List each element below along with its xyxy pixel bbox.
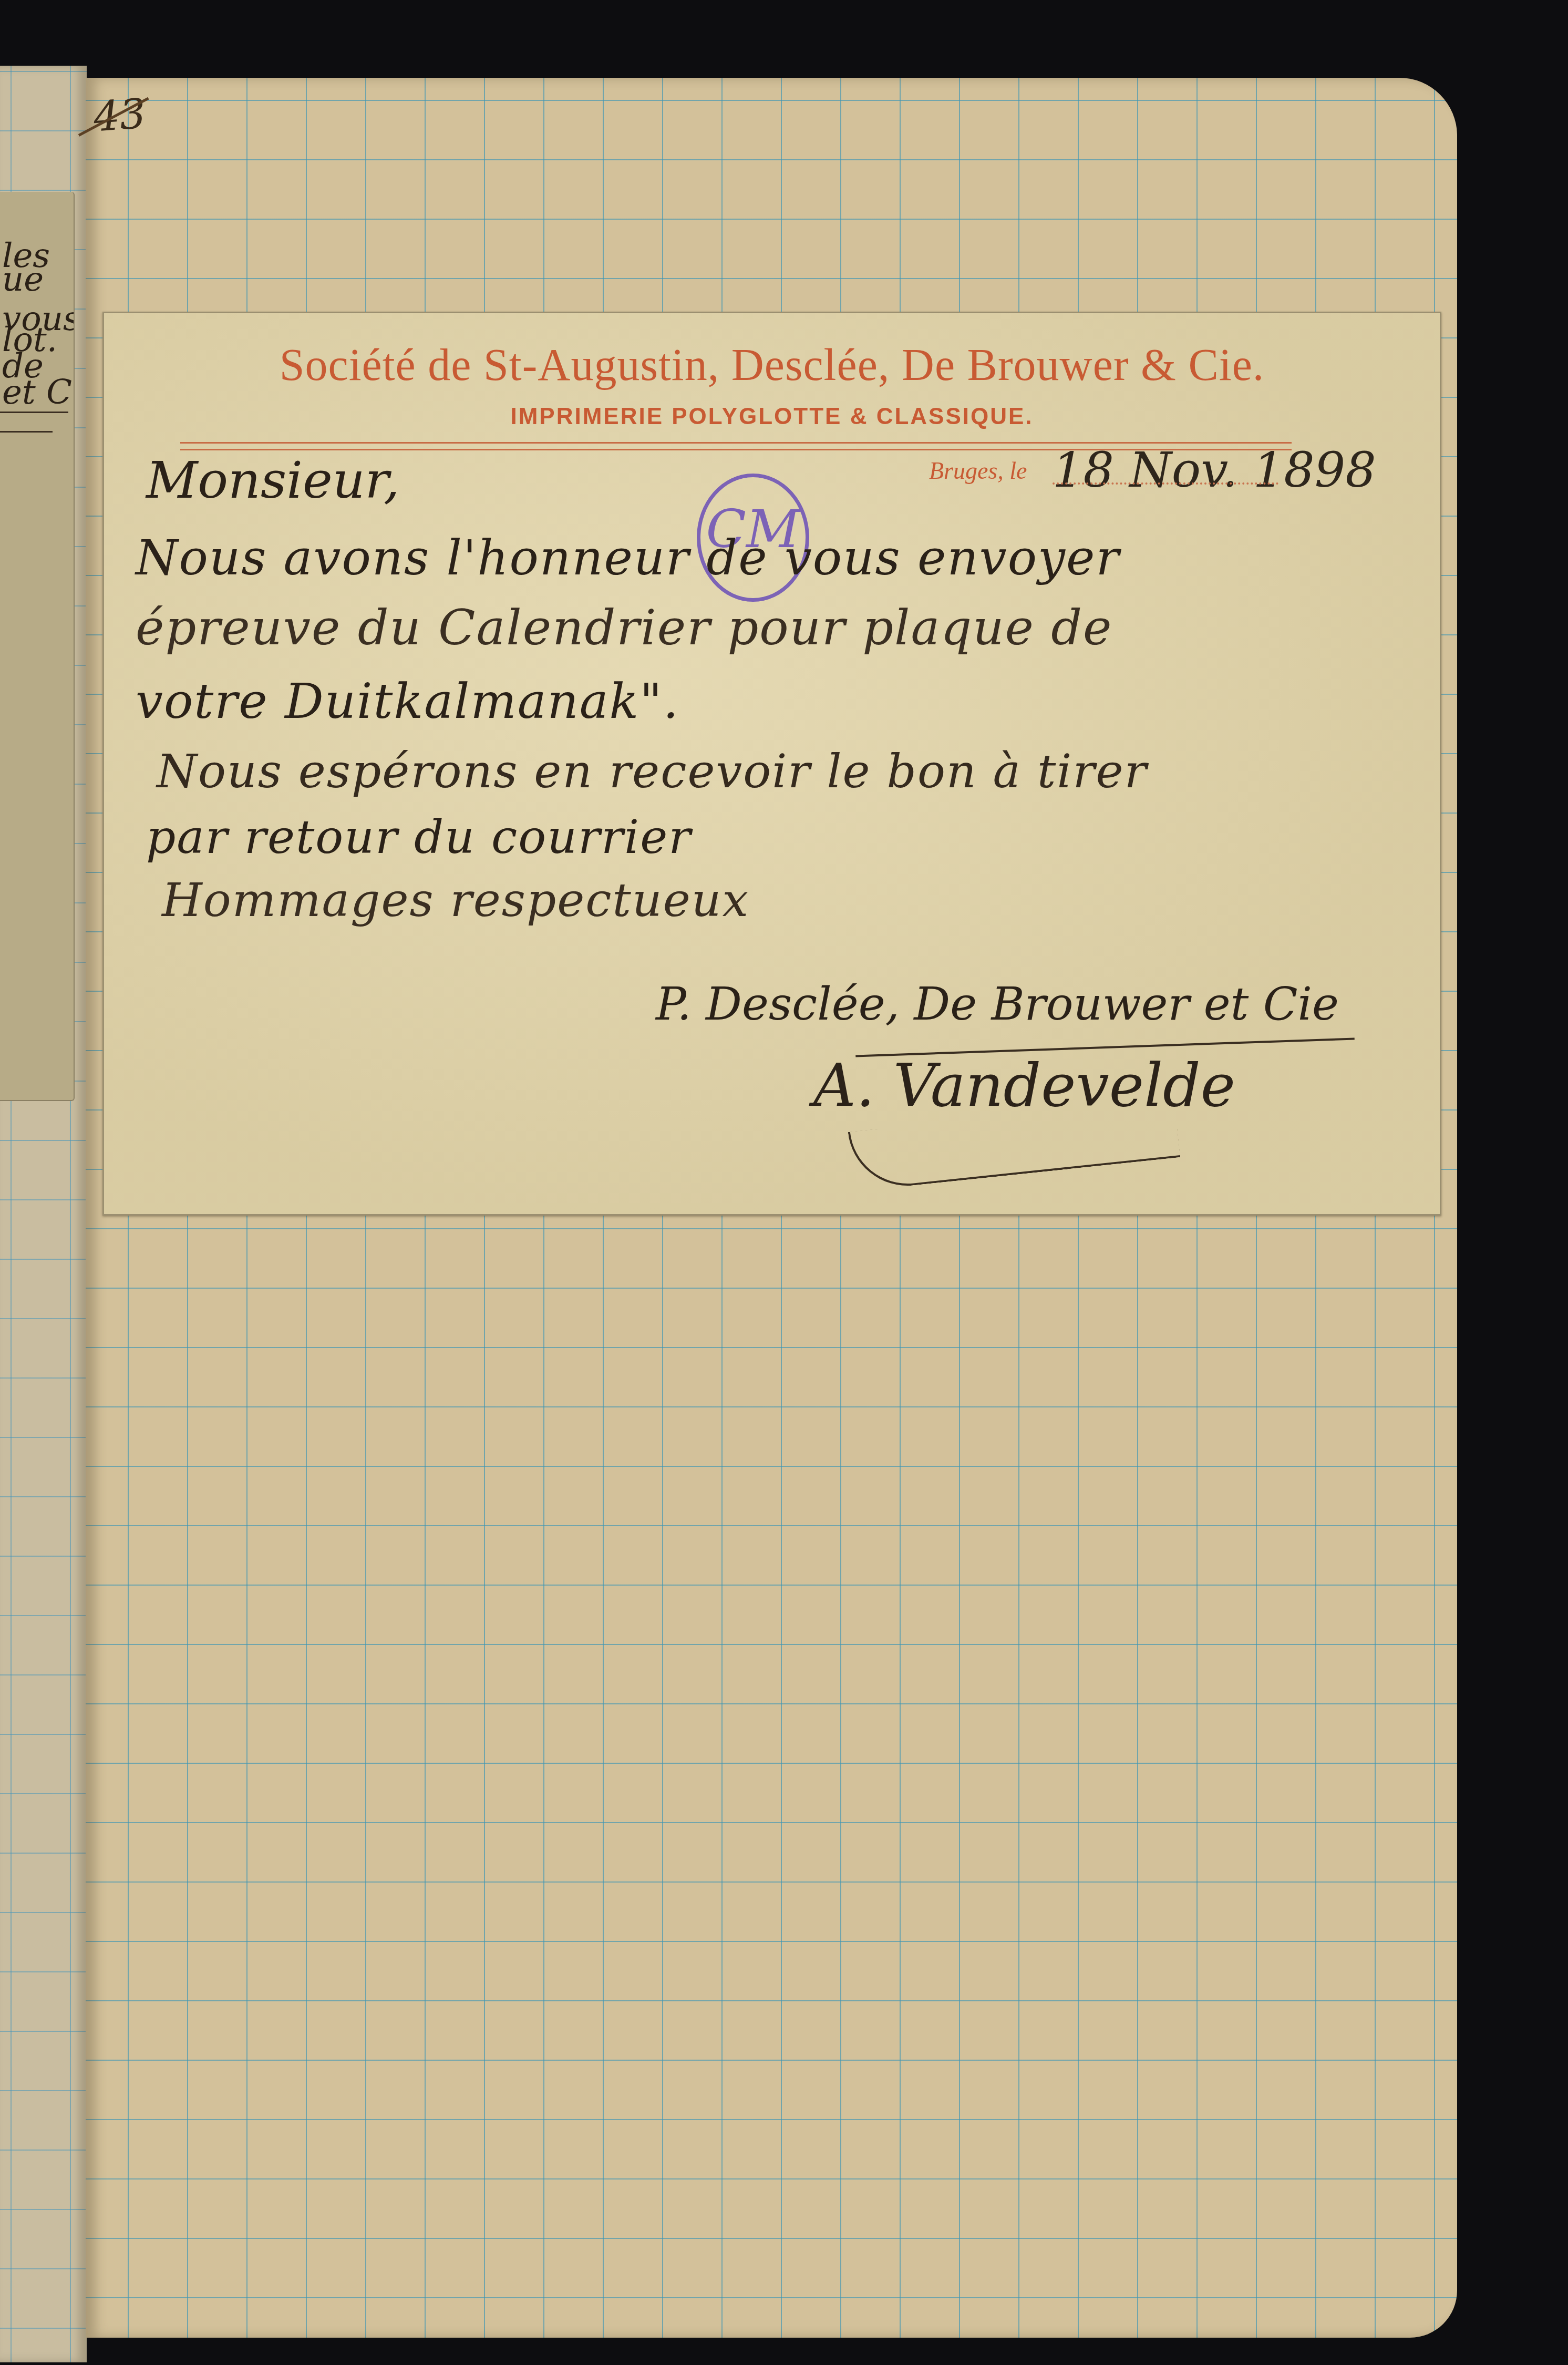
page-number: 43 — [92, 90, 147, 141]
letter-salutation: Monsieur, — [146, 451, 399, 510]
fragment-rule — [0, 431, 53, 433]
date-place-label: Bruges, le — [929, 457, 1027, 485]
fragment-text: ue — [2, 260, 44, 299]
letter-line: votre Duitkalmanak". — [136, 673, 679, 729]
letter-card: Société de St-Augustin, Desclée, De Brou… — [102, 312, 1441, 1216]
letter-line: épreuve du Calendrier pour plaque de — [136, 600, 1113, 656]
letter-line: Nous espérons en recevoir le bon à tirer — [157, 744, 1148, 798]
letter-closing: Hommages respectueux — [162, 873, 749, 927]
letter-line: par retour du courrier — [146, 810, 692, 864]
letterhead-company: Société de St-Augustin, Desclée, De Brou… — [104, 338, 1440, 391]
date-value: 18 Nov. 1898 — [1053, 442, 1376, 498]
previous-page-card: les ue vous lot. de et Cie — [0, 192, 75, 1101]
signature-firm: P. Desclée, De Brouwer et Cie — [656, 978, 1339, 1031]
date-dotted-line — [1053, 482, 1278, 485]
fragment-rule — [0, 412, 68, 413]
letterhead-subtitle: IMPRIMERIE POLYGLOTTE & CLASSIQUE. — [104, 404, 1440, 430]
letter-line: Nous avons l'honneur de vous envoyer — [136, 530, 1120, 586]
fragment-text: et Cie — [2, 373, 75, 412]
